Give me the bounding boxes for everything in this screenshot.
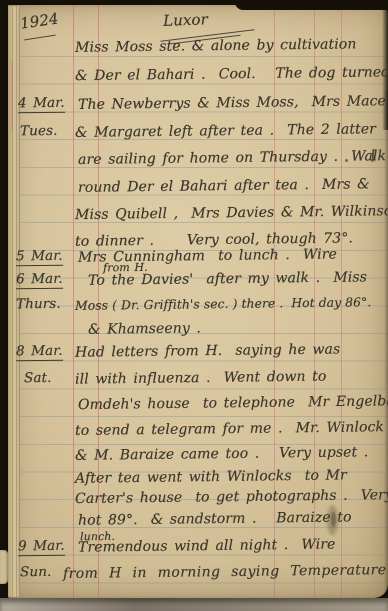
- diary-line: ill with influenza . Went down to: [75, 368, 327, 387]
- diary-line: & Khamseeny .: [88, 320, 201, 337]
- binding-shadow-top: [235, 0, 388, 10]
- date-label-8mar: 8 Mar.: [16, 343, 63, 360]
- diary-line: hot 89°. & sandstorm . Baraize to: [78, 509, 352, 528]
- page-edge-red-residue: [11, 61, 13, 131]
- date-label-6mar: 6 Mar.: [16, 271, 63, 288]
- desk-background: [0, 598, 388, 611]
- date-label-9mar: 9 Mar.: [18, 538, 65, 555]
- day-label-thurs: Thurs.: [16, 296, 61, 313]
- page-shadow-right: [384, 90, 388, 598]
- date-label-4mar: 4 Mar.: [18, 95, 65, 112]
- diary-line: To the Davies' after my walk . Miss: [88, 269, 367, 288]
- diary-line: After tea went with Winlocks to Mr: [75, 467, 347, 486]
- date-label-5mar: 5 Mar.: [16, 248, 63, 265]
- day-label-sun: Sun.: [20, 564, 52, 580]
- place-heading: Luxor: [163, 10, 208, 30]
- day-label-tues: Tues.: [20, 123, 58, 139]
- underlying-page-corner: [0, 550, 8, 584]
- day-label-sat: Sat.: [24, 370, 52, 386]
- diary-line: Had letters from H. saying he was: [75, 341, 340, 360]
- diary-photo: 1924 Luxor 4 Mar. Tues. 5 Mar. 6 Mar. Th…: [0, 0, 388, 611]
- diary-line: Tremendous wind all night . Wire: [78, 536, 336, 555]
